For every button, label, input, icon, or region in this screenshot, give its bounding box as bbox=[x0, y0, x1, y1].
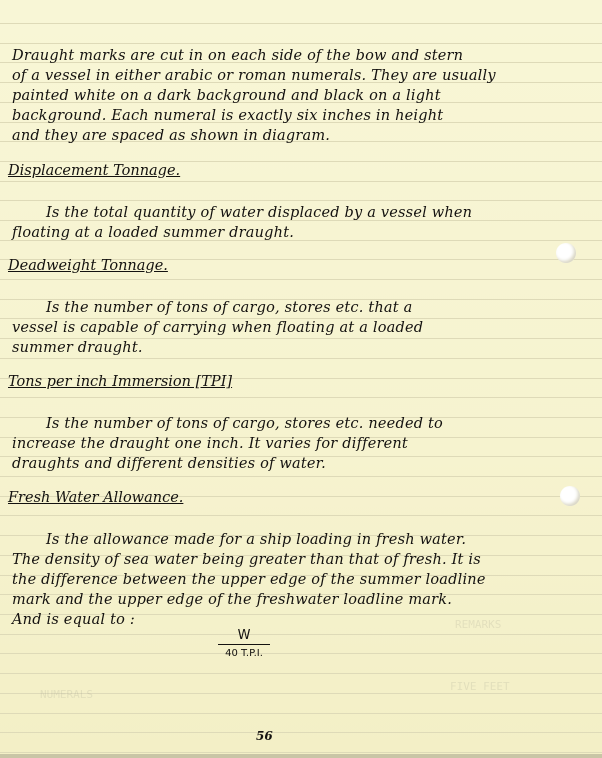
page-edge bbox=[0, 754, 602, 758]
formula-numerator: W bbox=[218, 628, 270, 645]
text-line: The density of sea water being greater t… bbox=[12, 552, 481, 568]
show-through: REMARKS bbox=[455, 618, 501, 631]
ruled-line bbox=[0, 732, 602, 733]
text-line: Is the number of tons of cargo, stores e… bbox=[46, 416, 443, 432]
ruled-line bbox=[0, 200, 602, 201]
text-line: floating at a loaded summer draught. bbox=[12, 225, 294, 241]
ruled-line bbox=[0, 653, 602, 654]
ruled-line bbox=[0, 161, 602, 162]
text-line: background. Each numeral is exactly six … bbox=[12, 108, 443, 124]
text-line: mark and the upper edge of the freshwate… bbox=[12, 592, 452, 608]
ruled-line bbox=[0, 318, 602, 319]
text-line: Is the total quantity of water displaced… bbox=[46, 205, 472, 221]
text-line: vessel is capable of carrying when float… bbox=[12, 320, 423, 336]
ruled-line bbox=[0, 515, 602, 516]
page-number: 56 bbox=[256, 729, 273, 743]
ruled-line bbox=[0, 338, 602, 339]
text-line: draughts and different densities of wate… bbox=[12, 456, 326, 472]
section-heading: Tons per inch Immersion [TPI] bbox=[8, 374, 232, 390]
notebook-page: REMARKS FIVE FEET NUMERALS Draught marks… bbox=[0, 0, 602, 758]
text-line: Is the number of tons of cargo, stores e… bbox=[46, 300, 412, 316]
text-line: And is equal to : bbox=[12, 612, 135, 628]
section-heading: Fresh Water Allowance. bbox=[8, 490, 183, 506]
show-through: NUMERALS bbox=[40, 688, 93, 701]
text-line: of a vessel in either arabic or roman nu… bbox=[12, 68, 496, 84]
ruled-line bbox=[0, 752, 602, 753]
text-line: and they are spaced as shown in diagram. bbox=[12, 128, 330, 144]
ruled-line bbox=[0, 358, 602, 359]
ruled-line bbox=[0, 713, 602, 714]
ruled-line bbox=[0, 43, 602, 44]
ruled-line bbox=[0, 634, 602, 635]
punch-hole bbox=[560, 486, 580, 506]
text-line: the difference between the upper edge of… bbox=[12, 572, 486, 588]
text-line: painted white on a dark background and b… bbox=[12, 88, 441, 104]
ruled-line bbox=[0, 23, 602, 24]
punch-hole bbox=[556, 243, 576, 263]
formula-fraction: W 40 T.P.I. bbox=[218, 628, 270, 659]
section-heading: Deadweight Tonnage. bbox=[8, 258, 168, 274]
ruled-line bbox=[0, 181, 602, 182]
text-line: summer draught. bbox=[12, 340, 143, 356]
show-through: FIVE FEET bbox=[450, 680, 510, 693]
ruled-line bbox=[0, 673, 602, 674]
formula-denominator: 40 T.P.I. bbox=[218, 648, 270, 659]
ruled-line bbox=[0, 279, 602, 280]
section-heading: Displacement Tonnage. bbox=[8, 163, 180, 179]
text-line: increase the draught one inch. It varies… bbox=[12, 436, 408, 452]
ruled-line bbox=[0, 476, 602, 477]
text-line: Is the allowance made for a ship loading… bbox=[46, 532, 466, 548]
text-line: Draught marks are cut in on each side of… bbox=[12, 48, 463, 64]
ruled-line bbox=[0, 397, 602, 398]
